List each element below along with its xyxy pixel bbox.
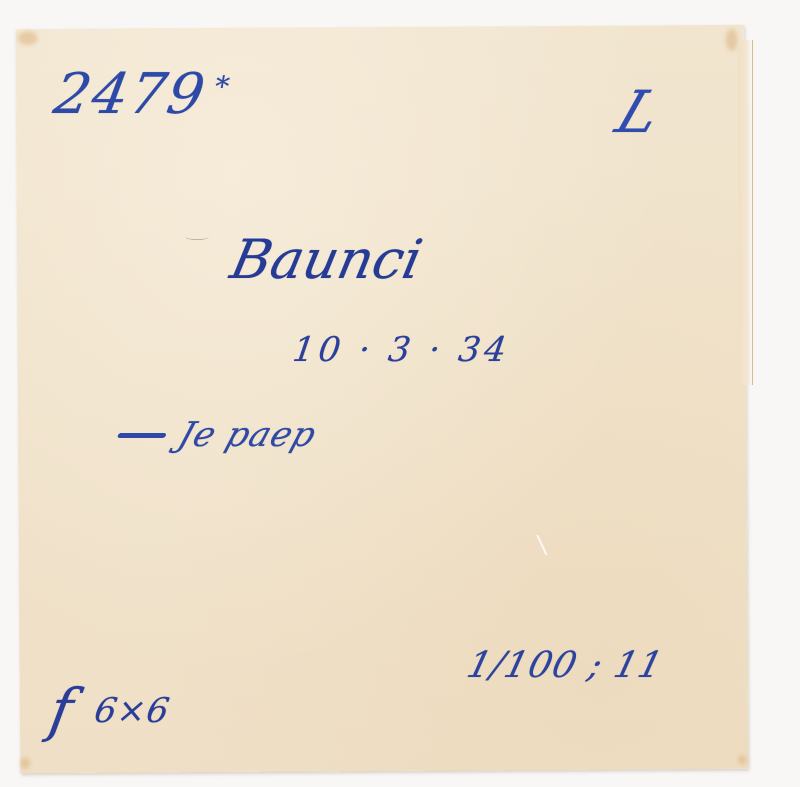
film-format: f6×6 (46, 668, 177, 736)
corner-stain-top-right (726, 29, 738, 51)
card-note: Je paep (112, 415, 322, 455)
format-size: 6×6 (91, 691, 173, 731)
folded-edge-strip (738, 40, 753, 385)
exposure-setting: 1/100 ; 11 (463, 645, 668, 686)
corner-stain-top-left (18, 31, 38, 45)
catalog-number: 2479* (49, 62, 235, 127)
paper-fiber (185, 233, 209, 240)
card-title: Baunci (225, 228, 427, 291)
corner-stain-bottom-right (738, 755, 746, 765)
dash-stroke (117, 433, 167, 438)
catalog-number-value: 2479 (49, 62, 211, 127)
corner-stain-bottom-left (20, 757, 30, 769)
note-text: Je paep (173, 415, 321, 455)
paper-scratch (536, 535, 547, 556)
card-date: 10 · 3 · 34 (290, 330, 513, 370)
